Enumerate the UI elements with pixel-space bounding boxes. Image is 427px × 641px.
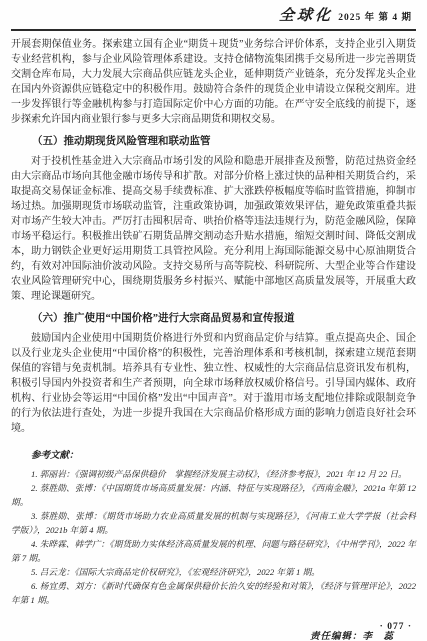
section-6-paragraph: 鼓励国内企业使用中国期货价格进行外贸和内贸商品定价与结算。重点提高央企、国企以及… xyxy=(11,331,416,436)
journal-page: 全球化2025 年 第 4 期 开展套期保值业务。探索建立国有企业“期货＋现货”… xyxy=(0,0,427,641)
issue-info: 2025 年 第 4 期 xyxy=(338,13,412,23)
reference-item-2: 2. 蔡胜勋、张博：《中国期货市场高质量发展：内涵、特征与实现路径》，《西南金融… xyxy=(11,481,416,509)
page-header: 全球化2025 年 第 4 期 xyxy=(11,7,416,31)
page-number: · 077 · xyxy=(380,622,412,632)
header-rule xyxy=(11,29,416,31)
paragraph-continuation: 开展套期保值业务。探索建立国有企业“期货＋现货”业务综合评价体系，支持企业引入期… xyxy=(11,37,416,127)
reference-item-1: 1. 郭丽岩：《强调初级产品保供稳价 掌握经济发展主动权》，《经济参考报》，20… xyxy=(11,467,416,481)
reference-item-6: 6. 杨宜勇、刘方：《新时代确保有色金属保供稳价长治久安的经验和对策》，《经济与… xyxy=(11,579,416,607)
section-5-paragraph: 对于投机性基金进入大宗商品市场引发的风险和隐患开展排查及预警，防范过热资金经由大… xyxy=(11,154,416,304)
references-heading: 参考文献： xyxy=(11,449,416,464)
section-heading-5: （五）推动期现货风险管理和联动监管 xyxy=(11,134,416,149)
section-heading-6: （六）推广使用“中国价格”进行大宗商品贸易和宣传报道 xyxy=(11,311,416,326)
journal-title: 全球化 xyxy=(279,8,334,25)
reference-item-5: 5. 吕云龙：《国际大宗商品定价权研究》，《宏观经济研究》，2022 年第 1 … xyxy=(11,565,416,579)
masthead: 全球化2025 年 第 4 期 xyxy=(11,7,416,27)
article-body: 开展套期保值业务。探索建立国有企业“期货＋现货”业务综合评价体系，支持企业引入期… xyxy=(11,37,416,641)
reference-item-3: 3. 蔡胜勋、张博：《期货市场助力农业高质量发展的机制与实现路径》，《河南工业大… xyxy=(11,509,416,537)
references-section: 参考文献： 1. 郭丽岩：《强调初级产品保供稳价 掌握经济发展主动权》，《经济参… xyxy=(11,449,416,607)
reference-item-4: 4. 朱晔霖、韩学广：《期货助力实体经济高质量发展的机理、问题与路径研究》，《中… xyxy=(11,537,416,565)
editor-credit: 责任编辑：李 蕊 xyxy=(11,628,416,641)
